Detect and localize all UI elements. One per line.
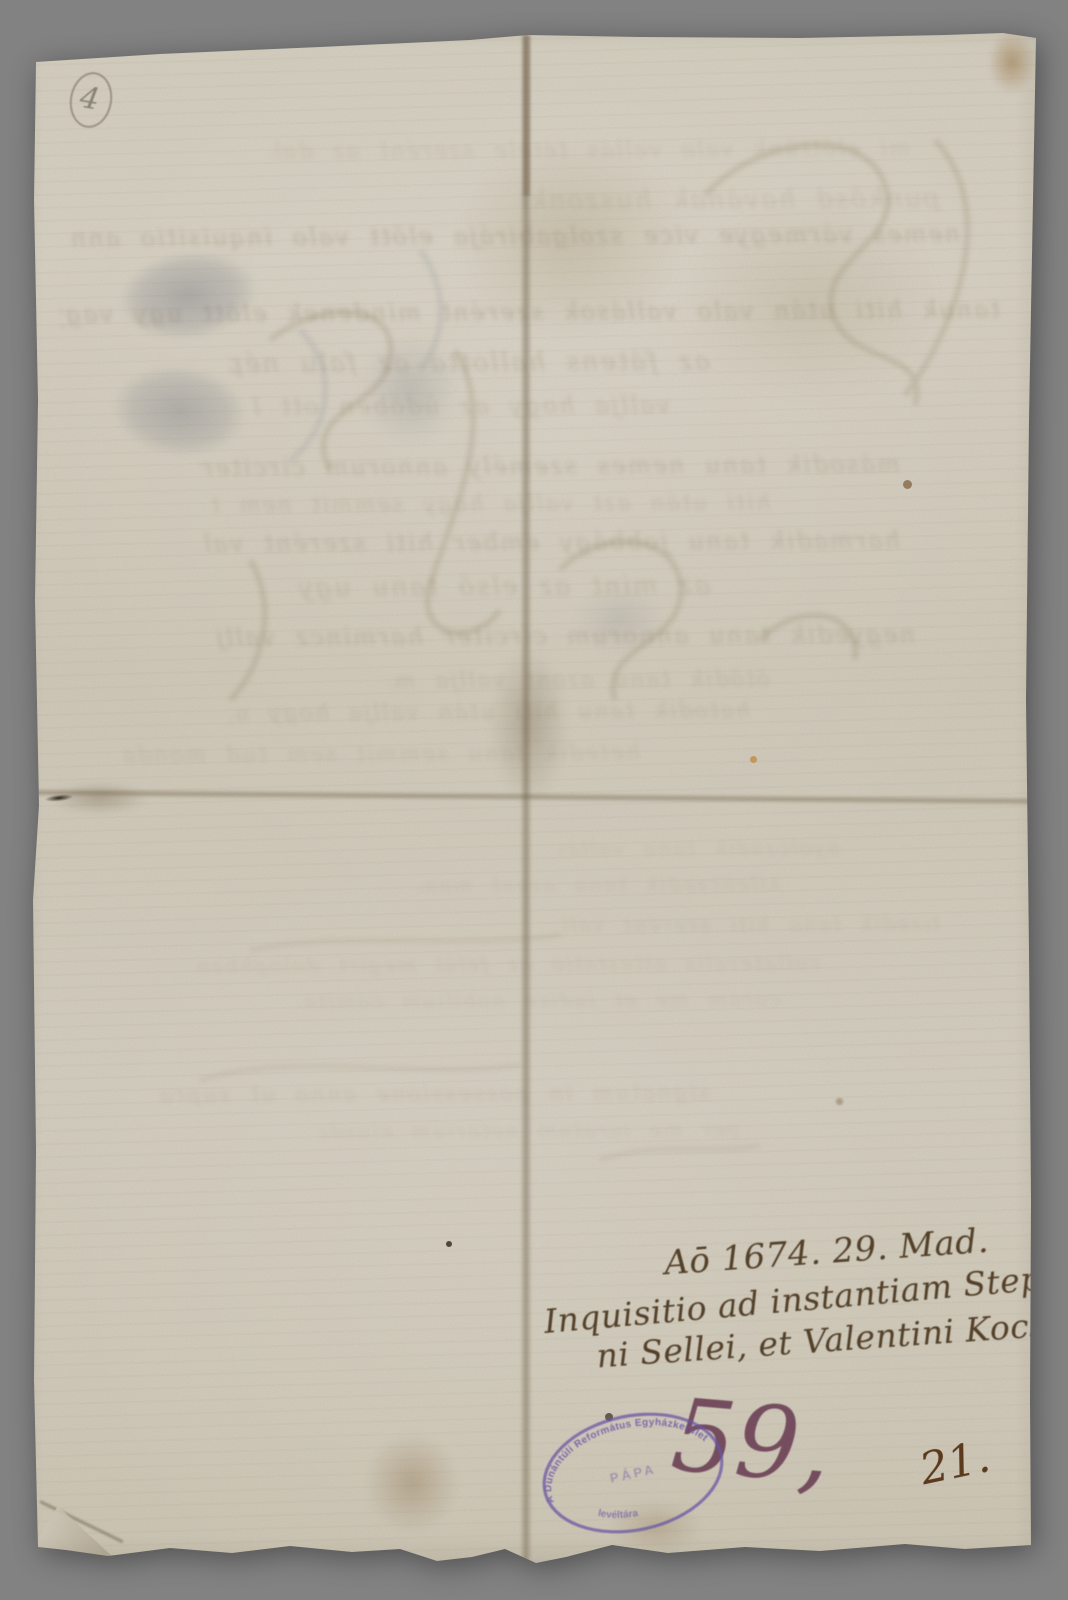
manuscript-page: mi elöttünk valo vallás tétele szerént a…: [0, 0, 1068, 1600]
paper-shadow: mi elöttünk valo vallás tétele szerént a…: [0, 0, 1068, 1600]
scanned-document: mi elöttünk valo vallás tétele szerént a…: [0, 0, 1068, 1600]
paper-grain-texture: [0, 0, 1068, 1600]
